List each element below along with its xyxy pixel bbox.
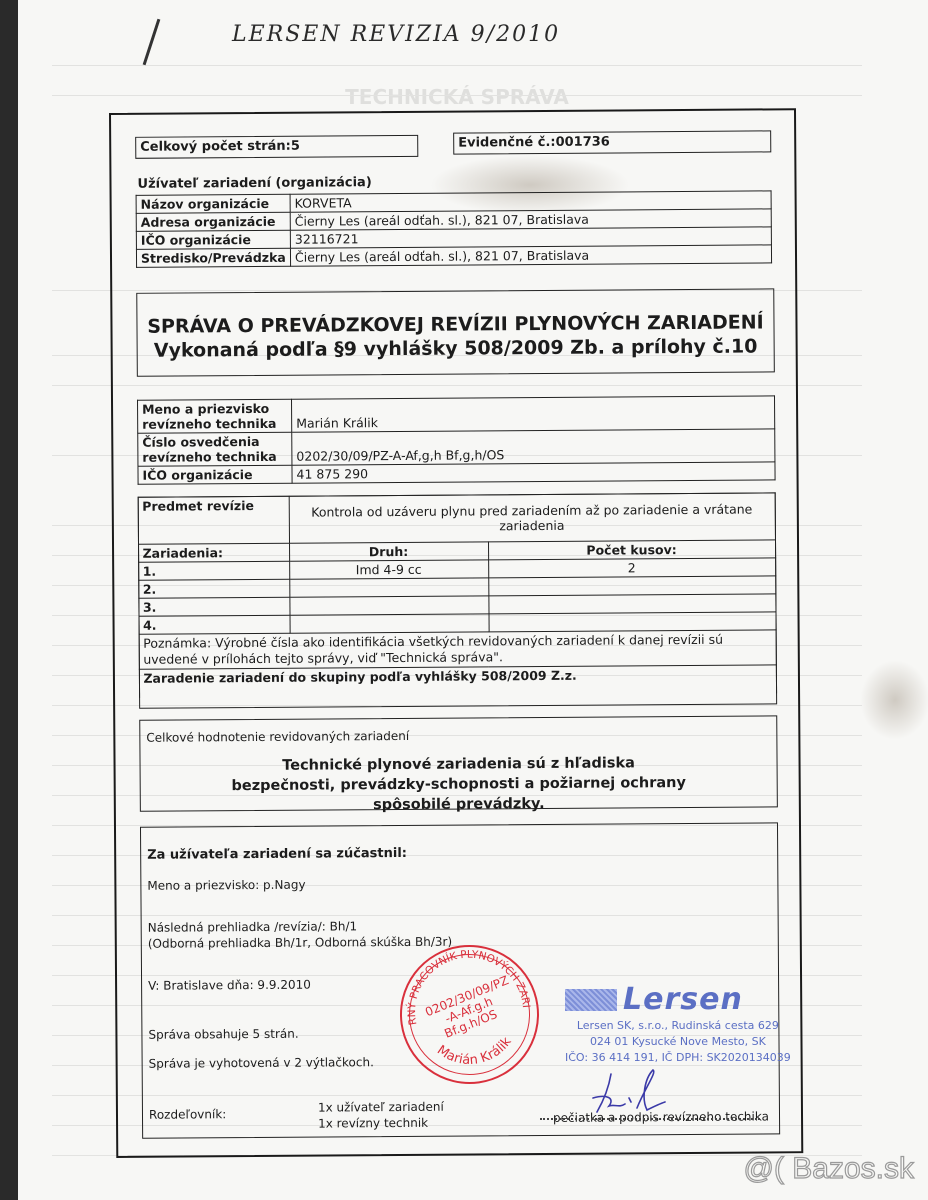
ghost-title: TECHNICKÁ SPRÁVA [52, 85, 862, 109]
participant-name: Meno a priezvisko: p.Nagy [147, 878, 305, 893]
table-row: Meno a priezvisko revízneho technikaMari… [138, 396, 775, 433]
table-row: IČO organizácie41 875 290 [138, 462, 775, 484]
device-count [488, 593, 775, 613]
place-date: V: Bratislave dňa: 9.9.2010 [148, 978, 311, 993]
evaluation-label: Celkové hodnotenie revidovaných zariaden… [146, 729, 409, 745]
device-number: 3. [138, 597, 289, 616]
technician-ico-value: 41 875 290 [292, 462, 775, 483]
org-name-label: Názov organizácie [136, 194, 290, 213]
evaluation-box: Celkové hodnotenie revidovaných zariaden… [139, 715, 778, 811]
record-number: Evidenčné č.:001736 [458, 135, 610, 151]
device-type [289, 595, 488, 614]
revision-box: Predmet revízie Kontrola od uzáveru plyn… [138, 492, 777, 708]
device-count [489, 611, 776, 631]
revision-devices-table: Predmet revízie Kontrola od uzáveru plyn… [137, 492, 776, 697]
record-number-box: Evidenčné č.:001736 [453, 130, 771, 154]
subject-label: Predmet revízie [138, 496, 289, 544]
org-branch-label: Stredisko/Prevádzka [136, 248, 290, 267]
note: Poznámka: Výrobné čísla ako identifikáci… [139, 629, 776, 668]
company-address: 024 01 Kysucké Nove Mesto, SK [565, 1035, 791, 1049]
lersen-logo-icon [565, 989, 617, 1011]
device-type [290, 613, 489, 632]
smudge [860, 660, 928, 740]
certificate-value: 0202/30/09/PZ-A-Af,g,h Bf,g,h/OS [292, 429, 775, 465]
company-address: Lersen SK, s.r.o., Rudinská cesta 629 [565, 1019, 791, 1033]
table-row: Číslo osvedčenia revízneho technika0202/… [138, 429, 775, 466]
participant-heading: Za užívateľa zariadení sa zúčastnil: [147, 846, 407, 863]
device-count [488, 575, 775, 595]
technician-name-label: Meno a priezvisko revízneho technika [138, 399, 292, 433]
next-inspection: Následná prehliadka /revízia/: Bh/1 [148, 919, 358, 934]
pages-info: Správa obsahuje 5 strán. [148, 1027, 298, 1042]
distribution-item: 1x revízny technik [318, 1116, 428, 1131]
signature-line [540, 1118, 760, 1120]
company-ids: IČO: 36 414 191, IČ DPH: SK2020134039 [565, 1051, 791, 1065]
count-header: Počet kusov: [488, 539, 775, 559]
distribution-label: Rozdeľovník: [149, 1107, 226, 1122]
table-row: Poznámka: Výrobné čísla ako identifikáci… [139, 629, 776, 668]
subject-value: Kontrola od uzáveru plynu pred zariadení… [289, 492, 775, 542]
type-header: Druh: [289, 541, 488, 560]
devices-header: Zariadenia: [138, 543, 289, 562]
technician-stamp: ODBORNÝ PRACOVNÍK PLYNOVÝCH ZARIADENÍ Ma… [391, 936, 548, 1093]
user-organization-table: Názov organizácieKORVETA Adresa organizá… [136, 190, 772, 267]
table-row: Predmet revízie Kontrola od uzáveru plyn… [138, 492, 775, 543]
org-branch-value: Čierny Les (areál odťah. sl.), 821 07, B… [290, 245, 771, 266]
scan-edge [0, 0, 18, 1200]
report-title-box: SPRÁVA O PREVÁDZKOVEJ REVÍZII PLYNOVÝCH … [136, 288, 775, 376]
device-number: 2. [138, 579, 289, 598]
user-section-heading: Užívateľ zariadení (organizácia) [137, 175, 371, 192]
org-ico-label: IČO organizácie [136, 230, 290, 249]
bazos-watermark: @( Bazos.sk [744, 1152, 915, 1186]
technician-name-value: Marián Králik [292, 396, 775, 432]
certificate-label: Číslo osvedčenia revízneho technika [138, 432, 292, 466]
copies-info: Správa je vyhotovená v 2 výtlačkoch. [149, 1055, 374, 1071]
signature [585, 1068, 675, 1116]
device-number: 1. [138, 561, 289, 580]
device-count: 2 [488, 557, 775, 577]
device-type [289, 577, 488, 596]
page-count-box: Celkový počet strán:5 [135, 135, 418, 159]
distribution-item: 1x užívateľ zariadení [318, 1100, 444, 1115]
company-name: Lersen [623, 982, 743, 1017]
technician-ico-label: IČO organizácie [138, 465, 292, 484]
table-row: Stredisko/PrevádzkaČierny Les (areál odť… [136, 245, 771, 267]
report-title: SPRÁVA O PREVÁDZKOVEJ REVÍZII PLYNOVÝCH … [137, 311, 773, 337]
technician-table: Meno a priezvisko revízneho technikaMari… [137, 395, 776, 484]
report-subtitle: Vykonaná podľa §9 vyhlášky 508/2009 Zb. … [138, 335, 774, 361]
evaluation-result: Technické plynové zariadenia sú z hľadis… [230, 753, 686, 816]
page-count: Celkový počet strán:5 [140, 139, 300, 155]
handwritten-note: LERSEN REVIZIA 9/2010 [232, 22, 560, 47]
device-number: 4. [139, 615, 290, 634]
device-type: Imd 4-9 cc [289, 559, 488, 578]
table-row: Zaradenie zariadení do skupiny podľa vyh… [139, 664, 776, 697]
next-inspection-detail: (Odborná prehliadka Bh/1r, Odborná skúšk… [148, 935, 452, 951]
org-address-label: Adresa organizácie [136, 212, 290, 231]
company-stamp: Lersen Lersen SK, s.r.o., Rudinská cesta… [565, 982, 791, 1065]
group-classification: Zaradenie zariadení do skupiny podľa vyh… [139, 664, 776, 697]
